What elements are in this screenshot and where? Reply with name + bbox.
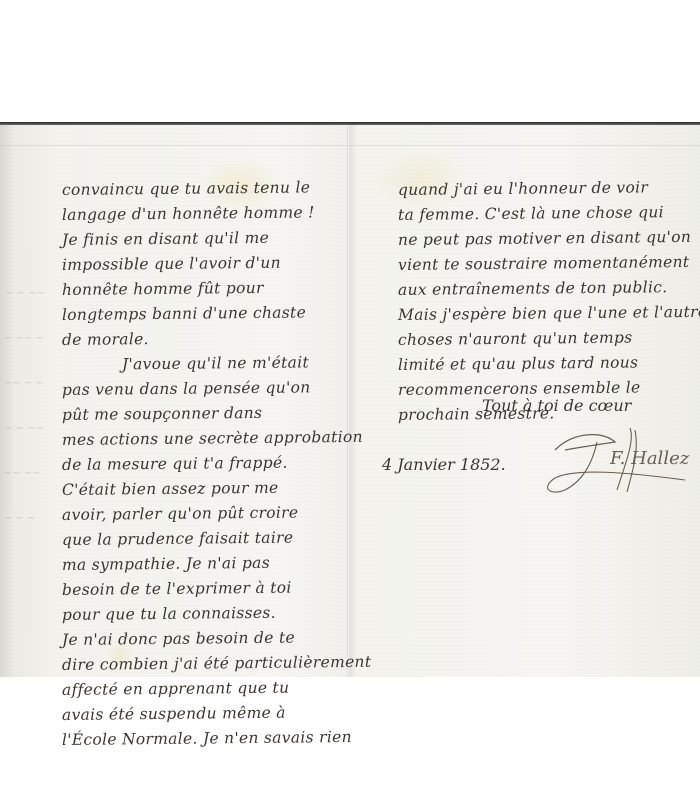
bleed-through-text: ~~ ~~ [4, 465, 41, 483]
letter-line: ma sympathie. Je n'ai pas [62, 550, 352, 578]
bleed-through-text: ~ ~~ ~ [4, 330, 44, 348]
letter-line: ta femme. C'est là une chose qui [398, 200, 700, 228]
bleed-through-text: ~ ~ ~ [4, 510, 36, 528]
letter-line: vient te soustraire momentanément [398, 250, 700, 278]
letter-line: l'École Normale. Je n'en savais rien [62, 725, 352, 753]
signature: F. Hallez [535, 420, 700, 505]
letter-line: choses n'auront qu'un temps [398, 325, 700, 353]
bleed-through-text: ~ ~ ~~ [4, 285, 45, 303]
left-page-text: convaincu que tu avais tenu le langage d… [62, 178, 352, 753]
letter-line: de morale. [62, 325, 352, 353]
letter-line: Je n'ai donc pas besoin de te [62, 625, 352, 653]
letter-line: mes actions une secrète approbation [62, 425, 352, 453]
letter-line: pas venu dans la pensée qu'on [62, 375, 352, 403]
letter-line: de la mesure qui t'a frappé. [62, 450, 352, 478]
letter-line: avoir, parler qu'on pût croire [62, 500, 352, 528]
right-page-text: quand j'ai eu l'honneur de voir ta femme… [398, 178, 700, 428]
letter-line: C'était bien assez pour me [62, 475, 352, 503]
letter-line: dire combien j'ai été particulièrement [62, 650, 352, 678]
letter-closing: Tout à toi de cœur [482, 396, 631, 415]
letter-line: convaincu que tu avais tenu le [62, 175, 352, 203]
letter-line: ne peut pas motiver en disant qu'on [398, 225, 700, 253]
letter-line: limité et qu'au plus tard nous [398, 350, 700, 378]
letter-line: langage d'un honnête homme ! [62, 200, 352, 228]
letter-line: Mais j'espère bien que l'une et l'autre [398, 300, 700, 328]
letter-line: quand j'ai eu l'honneur de voir [398, 175, 700, 203]
letter-line: honnête homme fût pour [62, 275, 352, 303]
letter-line: que la prudence faisait taire [62, 525, 352, 553]
letter-line: avais été suspendu même à [62, 700, 352, 728]
bleed-through-text: ~~ ~ ~ [4, 375, 44, 393]
letter-line-paragraph-start: J'avoue qu'il ne m'était [62, 350, 352, 378]
letter-line: affecté en apprenant que tu [62, 675, 352, 703]
letter-line: pour que tu la connaisses. [62, 600, 352, 628]
paper-left-edge-shadow [0, 125, 14, 677]
letter-line: besoin de te l'exprimer à toi [62, 575, 352, 603]
horizontal-crease [0, 145, 700, 146]
letter-line: impossible que l'avoir d'un [62, 250, 352, 278]
letter-line: Je finis en disant qu'il me [62, 225, 352, 253]
bleed-through-text: ~ ~ ~~ [4, 420, 44, 438]
signature-name: F. Hallez [610, 448, 689, 469]
letter-line: pût me soupçonner dans [62, 400, 352, 428]
letter-line: aux entraînements de ton public. [398, 275, 700, 303]
letter-date: 4 Janvier 1852. [382, 455, 506, 474]
letter-line: longtemps banni d'une chaste [62, 300, 352, 328]
